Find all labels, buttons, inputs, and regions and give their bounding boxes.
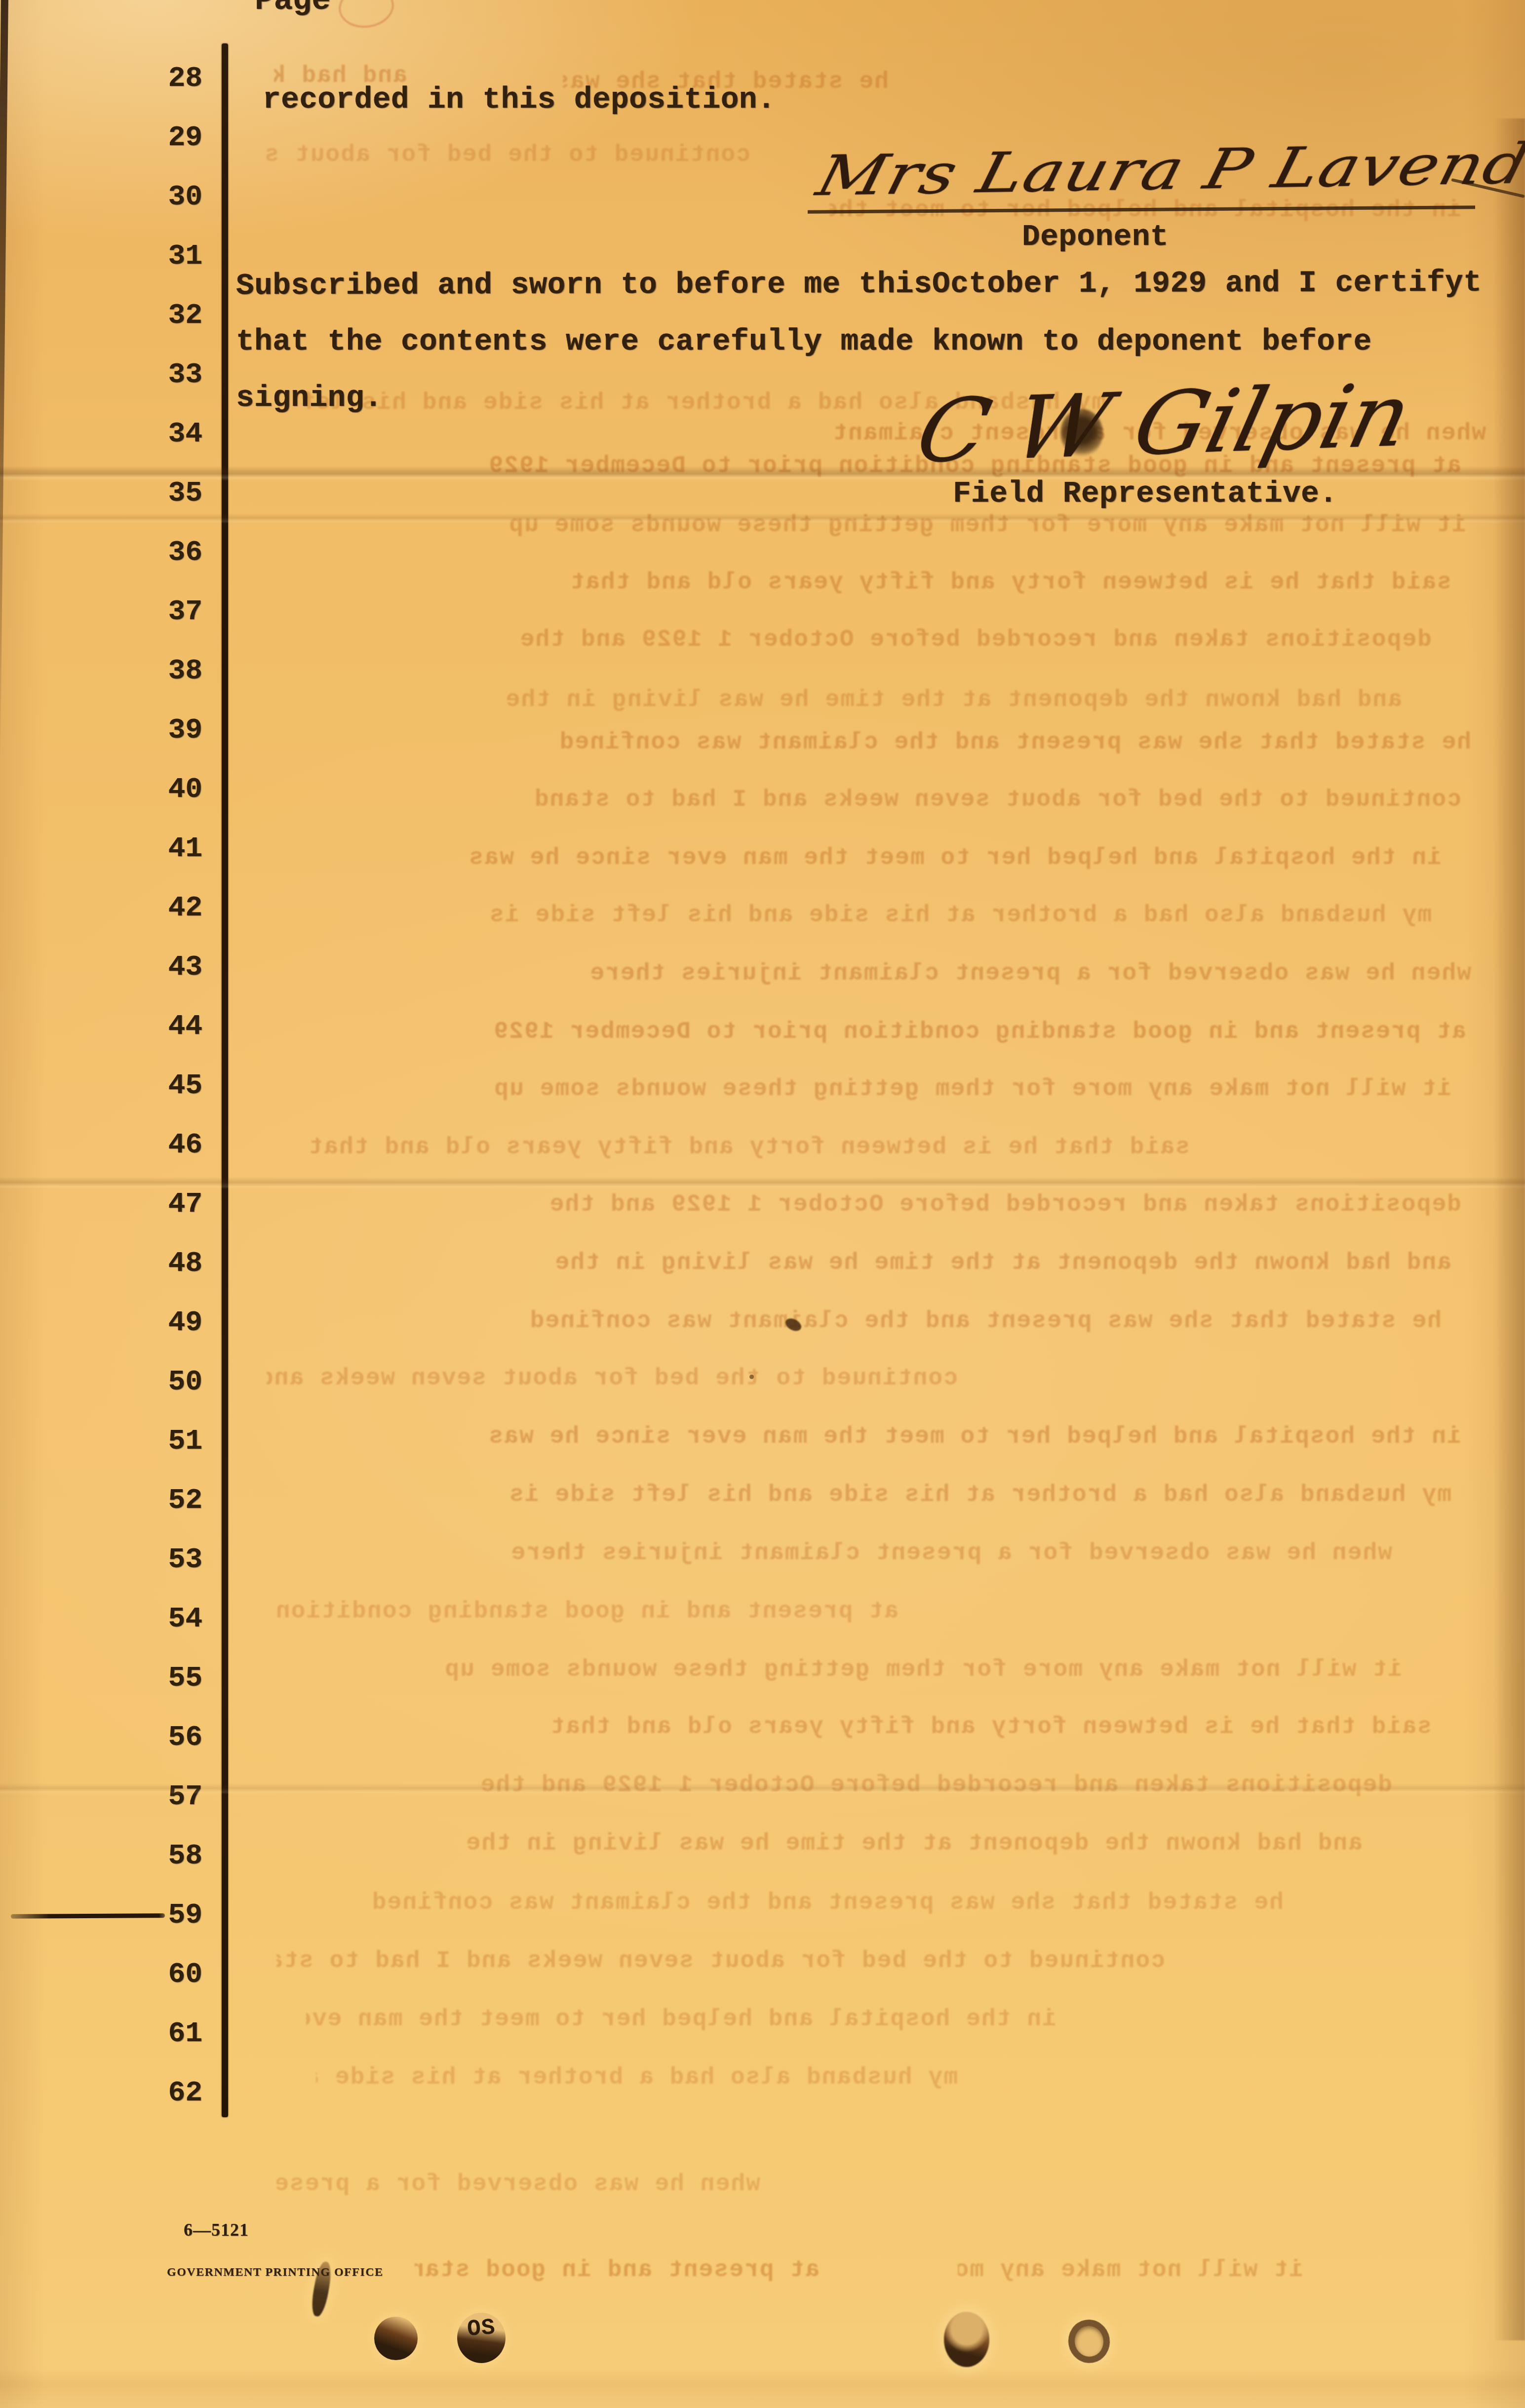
punch-hole-ring [1065, 2316, 1113, 2366]
line-number: 56 [114, 1724, 202, 1752]
typed-line-33: signing. [236, 381, 383, 416]
bleedthrough-line: he stated that she was present and the c… [346, 1889, 1284, 1920]
line-number: 55 [114, 1664, 202, 1693]
hole-showthrough-text: OS [467, 2316, 496, 2341]
line-number: 47 [114, 1190, 202, 1219]
bleedthrough-line: depositions taken and recorded before Oc… [247, 1191, 1461, 1222]
line-number: 48 [114, 1250, 202, 1278]
paper-bottom-edge-shading [0, 2368, 1525, 2408]
bleedthrough-line: when he was observed for a present claim… [267, 1540, 1392, 1570]
bleedthrough-line: in the hospital and helped her to meet t… [257, 1423, 1461, 1454]
bleedthrough-line: continued to the bed for about seven wee… [267, 1365, 958, 1395]
typed-line-32: that the contents were carefully made kn… [236, 325, 1372, 359]
line-number: 46 [114, 1131, 202, 1160]
line-number: 43 [114, 953, 202, 982]
ink-speck [749, 1375, 754, 1379]
line-number: 31 [114, 242, 202, 271]
fold-crease [0, 1177, 1525, 1189]
line-number: 35 [114, 479, 202, 508]
line-number: 36 [114, 539, 202, 567]
line-number: 34 [114, 420, 202, 449]
line-number: 40 [114, 776, 202, 804]
line-number: 33 [114, 361, 202, 390]
line-number: 62 [114, 2079, 202, 2108]
ink-blot [1060, 409, 1103, 457]
line-number: 30 [114, 183, 202, 212]
bleedthrough-line: depositions taken and recorded before Oc… [267, 1772, 1392, 1802]
punch-hole [374, 2317, 418, 2360]
form-number: 6—5121 [184, 2220, 249, 2240]
deponent-label: Deponent [1022, 220, 1169, 255]
line-number: 57 [114, 1783, 202, 1812]
line-number: 54 [114, 1605, 202, 1634]
page-label: Page [255, 0, 331, 17]
line-number: 61 [114, 2020, 202, 2049]
bleedthrough-line: at present and in good standing conditio… [257, 1018, 1466, 1049]
bleedthrough-line: said that he is between forty and fifty … [252, 569, 1451, 599]
punch-hole-with-text: OS [457, 2313, 506, 2363]
line-number: 52 [114, 1487, 202, 1515]
bleedthrough-line: he stated that she was present and the c… [276, 1307, 1442, 1338]
line-number: 29 [114, 124, 202, 153]
bleedthrough-line: it will not make any more for them getti… [267, 1075, 1451, 1106]
line-number: 42 [114, 894, 202, 923]
bleedthrough-line: it will not make any more for them getti… [958, 2256, 1303, 2287]
line-number: 53 [114, 1546, 202, 1575]
line-number: 49 [114, 1309, 202, 1338]
deponent-signature: Mrs Laura P Lavender [811, 130, 1525, 208]
line-number: 41 [114, 835, 202, 864]
bleedthrough-line: and had known the deponent at the time h… [276, 1830, 1363, 1860]
line-number: 51 [114, 1427, 202, 1456]
bleedthrough-line: and had known the deponent at the time h… [257, 1249, 1451, 1280]
bleedthrough-line: continued to the bed for about seven wee… [276, 1947, 1165, 1978]
bleedthrough-line: he stated that she was present and the c… [247, 729, 1471, 759]
bleedthrough-line: said that he is between forty and fifty … [276, 1713, 1432, 1744]
bleedthrough-line: said that he is between forty and fifty … [276, 1134, 1190, 1164]
printer-imprint: GOVERNMENT PRINTING OFFICE [167, 2265, 384, 2279]
bleedthrough-line: my husband also had a brother at his sid… [276, 1481, 1451, 1512]
bleedthrough-line: in the hospital and helped her to meet t… [306, 2006, 1056, 2036]
bleedthrough-line: continued to the bed for about seven wee… [257, 786, 1461, 817]
scanned-deposition-page: 2829303132333435363738394041424344454647… [0, 0, 1525, 2408]
line-number: 39 [114, 716, 202, 745]
typed-line-31: Subscribed and sworn to before me thisOc… [236, 266, 1482, 304]
page-number-stamp-circle [336, 0, 397, 31]
scan-left-edge-line [0, 0, 8, 765]
bleedthrough-line: my husband also had a brother at his sid… [316, 2064, 958, 2094]
line-number: 50 [114, 1368, 202, 1397]
bleedthrough-line: it will not make any more for them getti… [267, 1656, 1402, 1687]
bleedthrough-line: when he was observed for a present claim… [276, 2171, 760, 2201]
line-number: 45 [114, 1072, 202, 1101]
bleedthrough-line: at present and in good standing conditio… [415, 2256, 820, 2287]
field-representative-label: Field Representative. [953, 477, 1337, 512]
margin-vertical-rule [222, 43, 228, 2117]
margin-dash-mark-line-59 [11, 1913, 165, 1919]
line-number: 58 [114, 1842, 202, 1871]
bleedthrough-line: in the hospital and helped her to meet t… [267, 844, 1442, 875]
line-number: 60 [114, 1961, 202, 1989]
bleedthrough-line: my husband also had a brother at his sid… [276, 902, 1432, 932]
line-number: 44 [114, 1013, 202, 1041]
bleedthrough-line: depositions taken and recorded before Oc… [257, 626, 1432, 657]
typed-line-28: recorded in this deposition. [263, 83, 776, 118]
paper-right-edge-shadow [1494, 118, 1525, 2340]
officer-signature: C W Gilpin [907, 365, 1420, 482]
line-number: 38 [114, 657, 202, 686]
bleedthrough-line: when he was observed for a present claim… [247, 960, 1471, 990]
bleedthrough-line: continued to the bed for about seven wee… [267, 141, 750, 172]
bleedthrough-line: and had known the deponent at the time h… [267, 686, 1402, 717]
line-number: 32 [114, 302, 202, 330]
punch-hole [944, 2312, 989, 2367]
bleedthrough-line: at present and in good standing conditio… [276, 1598, 899, 1628]
line-number: 37 [114, 598, 202, 627]
line-number: 28 [114, 65, 202, 93]
bleedthrough-line: it will not make any more for them getti… [247, 512, 1466, 542]
